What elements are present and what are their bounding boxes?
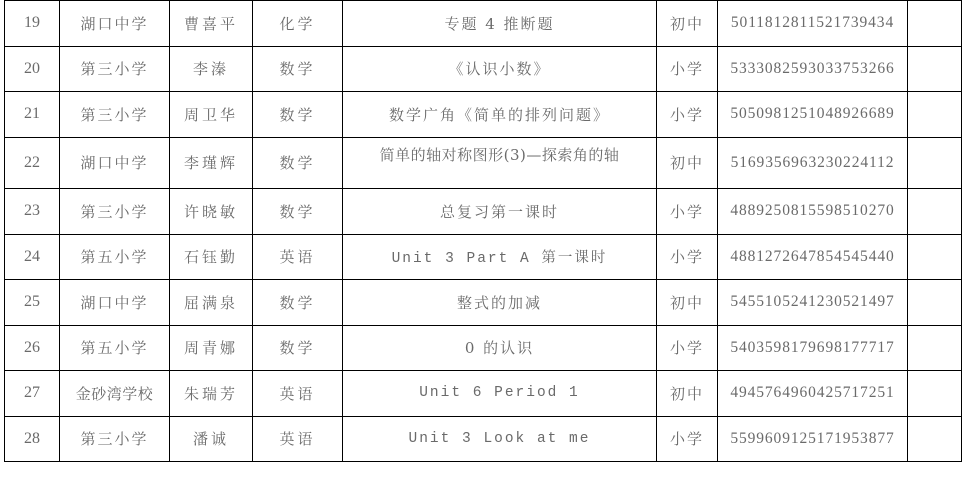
cell-no: 19 xyxy=(5,1,60,47)
cell-extra xyxy=(908,1,962,47)
cell-level: 初中 xyxy=(657,280,718,326)
cell-topic: 专题 4 推断题 xyxy=(343,1,657,47)
cell-extra xyxy=(908,189,962,235)
cell-topic: 总复习第一课时 xyxy=(343,189,657,235)
cell-subject: 数学 xyxy=(253,325,343,371)
cell-topic: Unit 6 Period 1 xyxy=(343,371,657,417)
cell-school: 第三小学 xyxy=(60,92,170,138)
cell-no: 21 xyxy=(5,92,60,138)
cell-subject: 数学 xyxy=(253,189,343,235)
cell-school: 湖口中学 xyxy=(60,137,170,189)
cell-level: 小学 xyxy=(657,325,718,371)
cell-no: 25 xyxy=(5,280,60,326)
cell-extra xyxy=(908,325,962,371)
table-row: 19 湖口中学 曹喜平 化学 专题 4 推断题 初中 5011812811521… xyxy=(5,1,962,47)
cell-topic: 数学广角《简单的排列问题》 xyxy=(343,92,657,138)
cell-id: 5333082593033753266 xyxy=(718,46,908,92)
cell-topic: 《认识小数》 xyxy=(343,46,657,92)
table-row: 28 第三小学 潘诚 英语 Unit 3 Look at me 小学 55996… xyxy=(5,416,962,462)
cell-school: 第三小学 xyxy=(60,416,170,462)
cell-no: 24 xyxy=(5,234,60,280)
cell-topic: Unit 3 Part A 第一课时 xyxy=(343,234,657,280)
cell-teacher: 屈满泉 xyxy=(170,280,253,326)
cell-id: 4881272647854545440 xyxy=(718,234,908,280)
cell-subject: 数学 xyxy=(253,280,343,326)
cell-teacher: 曹喜平 xyxy=(170,1,253,47)
cell-extra xyxy=(908,137,962,189)
cell-teacher: 周青娜 xyxy=(170,325,253,371)
table-row: 24 第五小学 石钰勤 英语 Unit 3 Part A 第一课时 小学 488… xyxy=(5,234,962,280)
cell-subject: 化学 xyxy=(253,1,343,47)
cell-school: 湖口中学 xyxy=(60,280,170,326)
cell-subject: 英语 xyxy=(253,416,343,462)
cell-extra xyxy=(908,234,962,280)
cell-no: 27 xyxy=(5,371,60,417)
table-row: 26 第五小学 周青娜 数学 0 的认识 小学 5403598179698177… xyxy=(5,325,962,371)
cell-no: 20 xyxy=(5,46,60,92)
cell-id: 5011812811521739434 xyxy=(718,1,908,47)
cell-subject: 数学 xyxy=(253,137,343,189)
cell-id: 5050981251048926689 xyxy=(718,92,908,138)
cell-teacher: 朱瑞芳 xyxy=(170,371,253,417)
cell-school: 第三小学 xyxy=(60,189,170,235)
cell-level: 初中 xyxy=(657,137,718,189)
lesson-registry-table: 19 湖口中学 曹喜平 化学 专题 4 推断题 初中 5011812811521… xyxy=(4,0,962,462)
table-row: 21 第三小学 周卫华 数学 数学广角《简单的排列问题》 小学 50509812… xyxy=(5,92,962,138)
cell-extra xyxy=(908,280,962,326)
cell-teacher: 潘诚 xyxy=(170,416,253,462)
cell-teacher: 周卫华 xyxy=(170,92,253,138)
cell-level: 小学 xyxy=(657,234,718,280)
cell-id: 5403598179698177717 xyxy=(718,325,908,371)
cell-no: 28 xyxy=(5,416,60,462)
cell-teacher: 石钰勤 xyxy=(170,234,253,280)
cell-teacher: 李溱 xyxy=(170,46,253,92)
table-row: 23 第三小学 许晓敏 数学 总复习第一课时 小学 48892508155985… xyxy=(5,189,962,235)
cell-extra xyxy=(908,371,962,417)
cell-no: 26 xyxy=(5,325,60,371)
document-table-container: 19 湖口中学 曹喜平 化学 专题 4 推断题 初中 5011812811521… xyxy=(4,0,962,462)
cell-school: 第五小学 xyxy=(60,234,170,280)
cell-school: 第五小学 xyxy=(60,325,170,371)
cell-id: 5599609125171953877 xyxy=(718,416,908,462)
cell-id: 5455105241230521497 xyxy=(718,280,908,326)
cell-level: 小学 xyxy=(657,416,718,462)
cell-subject: 英语 xyxy=(253,371,343,417)
cell-subject: 数学 xyxy=(253,92,343,138)
cell-extra xyxy=(908,92,962,138)
cell-school: 金砂湾学校 xyxy=(60,371,170,417)
table-row: 22 湖口中学 李瑾辉 数学 简单的轴对称图形(3)—探索角的轴 初中 5169… xyxy=(5,137,962,189)
cell-topic: 0 的认识 xyxy=(343,325,657,371)
cell-teacher: 李瑾辉 xyxy=(170,137,253,189)
cell-level: 初中 xyxy=(657,371,718,417)
cell-topic: 简单的轴对称图形(3)—探索角的轴 xyxy=(343,137,657,189)
cell-extra xyxy=(908,416,962,462)
cell-subject: 数学 xyxy=(253,46,343,92)
cell-school: 湖口中学 xyxy=(60,1,170,47)
cell-no: 22 xyxy=(5,137,60,189)
cell-id: 4945764960425717251 xyxy=(718,371,908,417)
cell-level: 小学 xyxy=(657,46,718,92)
cell-extra xyxy=(908,46,962,92)
cell-no: 23 xyxy=(5,189,60,235)
cell-id: 4889250815598510270 xyxy=(718,189,908,235)
cell-id: 5169356963230224112 xyxy=(718,137,908,189)
table-row: 20 第三小学 李溱 数学 《认识小数》 小学 5333082593033753… xyxy=(5,46,962,92)
cell-school: 第三小学 xyxy=(60,46,170,92)
cell-level: 小学 xyxy=(657,92,718,138)
cell-topic: Unit 3 Look at me xyxy=(343,416,657,462)
cell-level: 初中 xyxy=(657,1,718,47)
table-row: 25 湖口中学 屈满泉 数学 整式的加减 初中 5455105241230521… xyxy=(5,280,962,326)
table-row: 27 金砂湾学校 朱瑞芳 英语 Unit 6 Period 1 初中 49457… xyxy=(5,371,962,417)
cell-subject: 英语 xyxy=(253,234,343,280)
cell-teacher: 许晓敏 xyxy=(170,189,253,235)
cell-topic: 整式的加减 xyxy=(343,280,657,326)
cell-level: 小学 xyxy=(657,189,718,235)
